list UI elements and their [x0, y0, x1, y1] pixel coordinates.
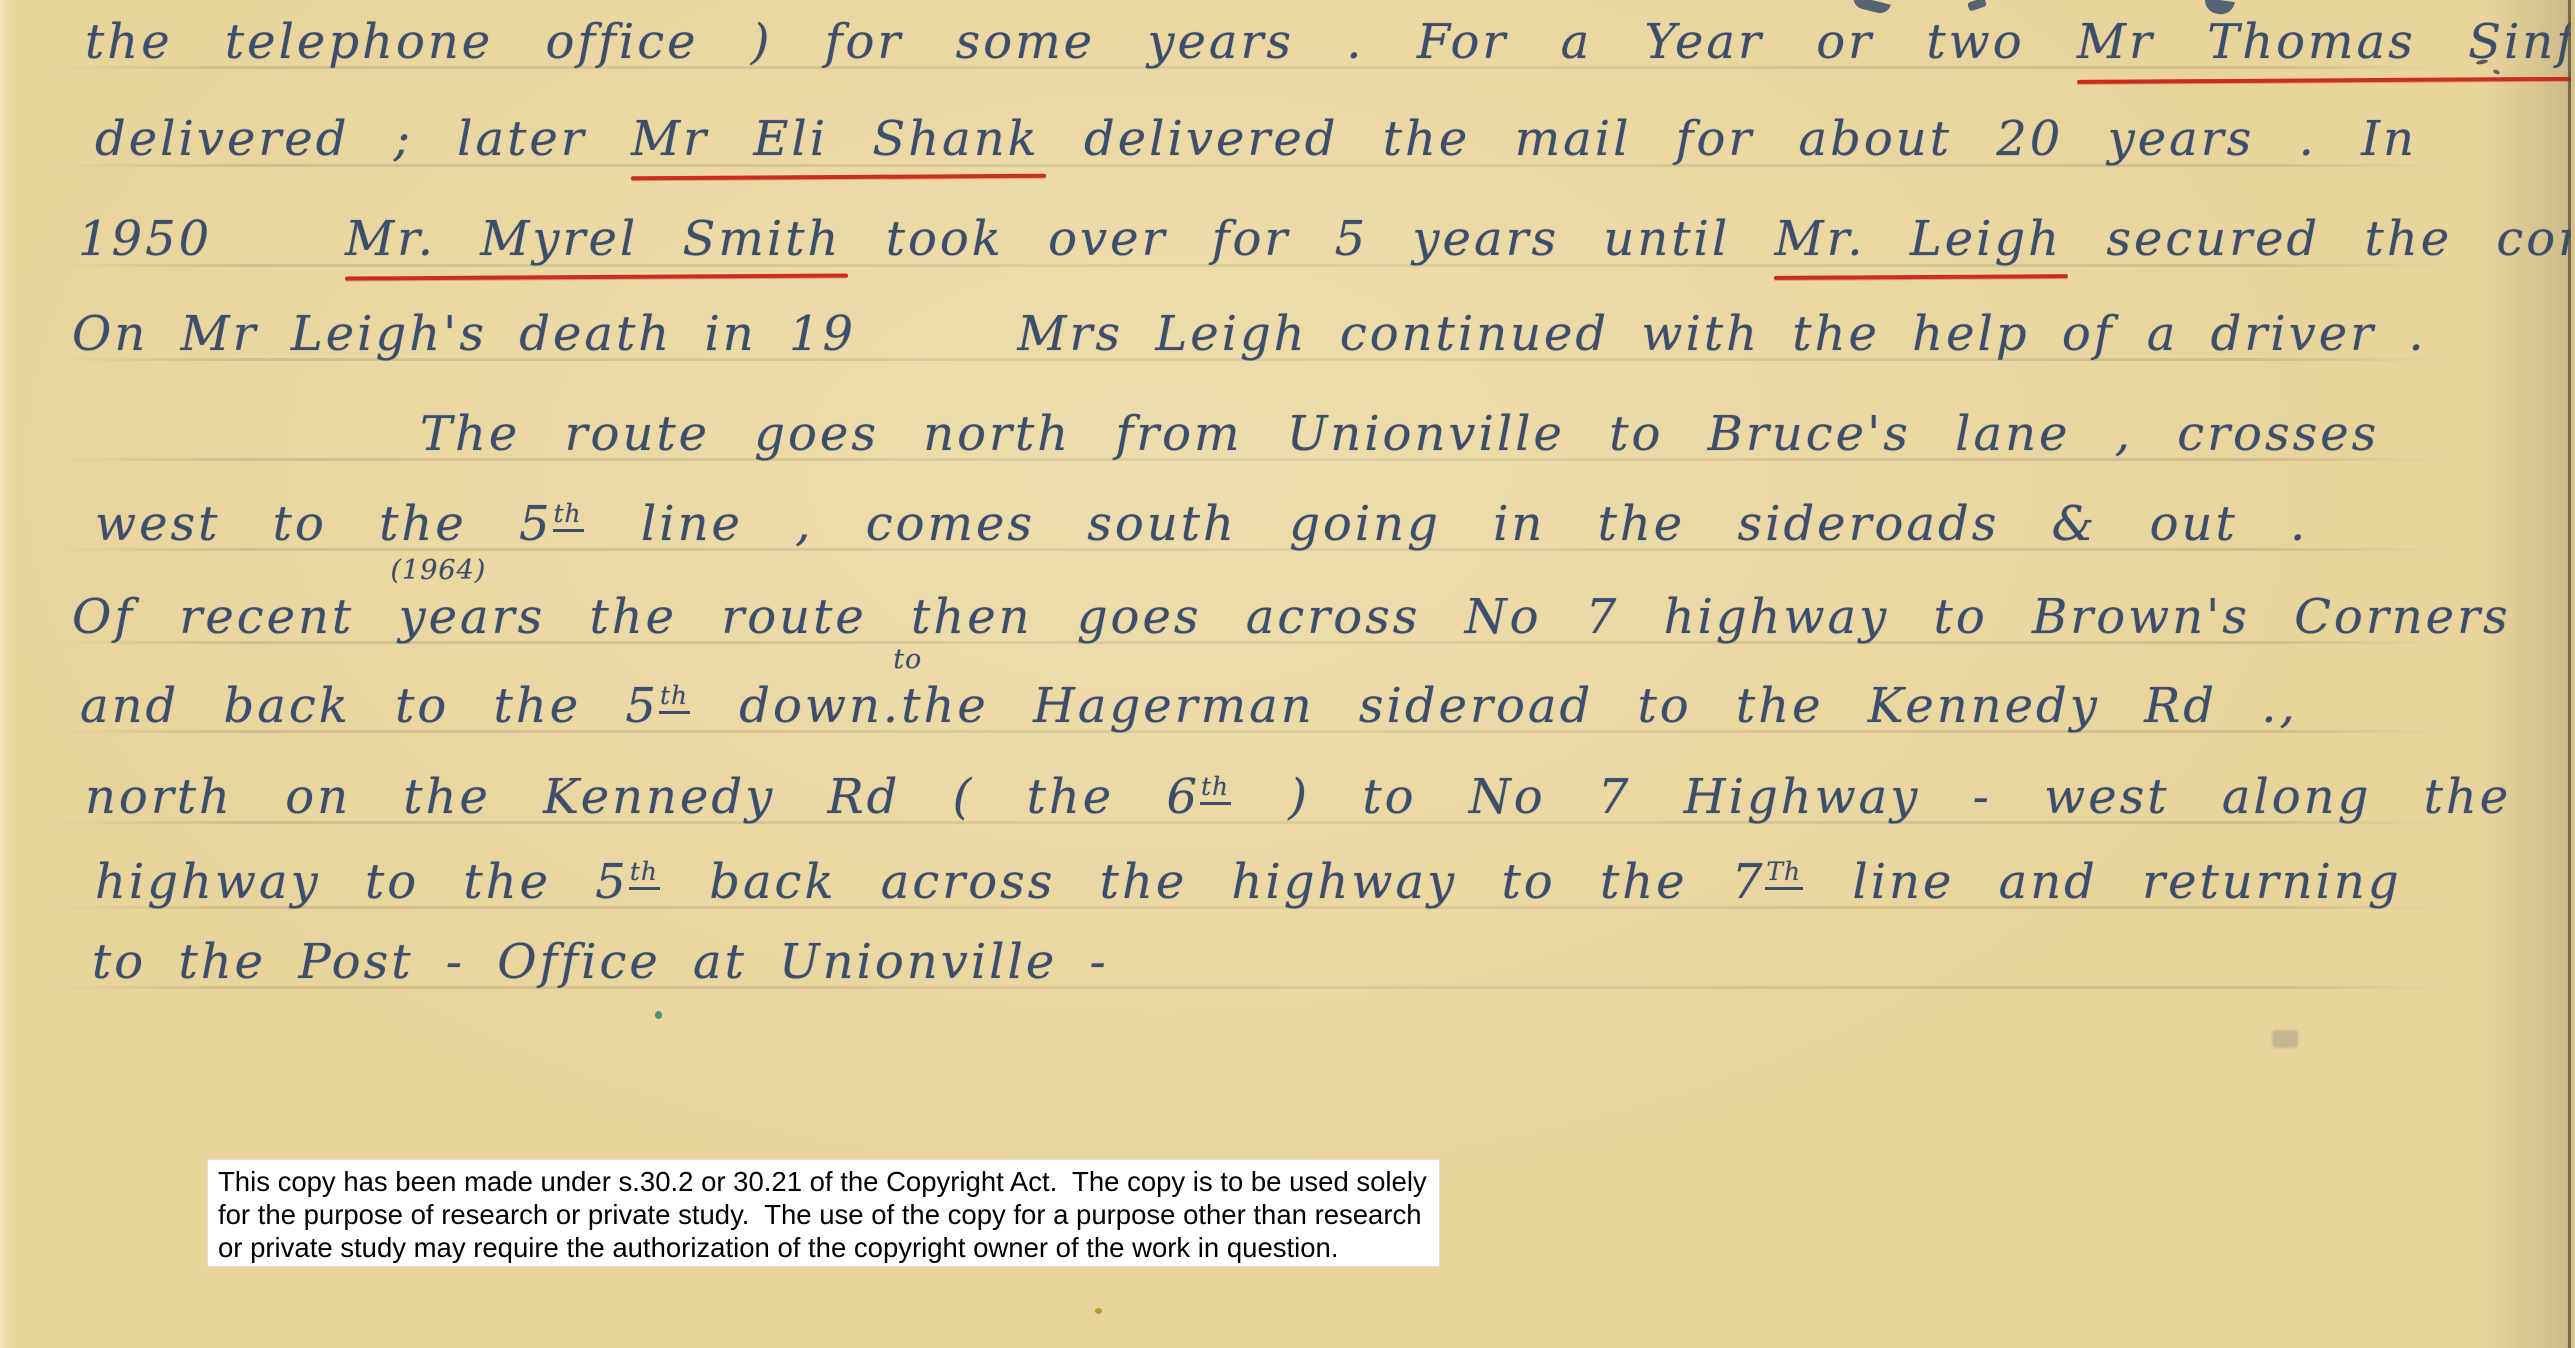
- handwriting-text: secured the contract.: [2062, 211, 2575, 267]
- handwriting-line: The route goes north from Unionville to …: [420, 406, 2379, 462]
- handwriting-line: north on the Kennedy Rd ( the 6th ) to N…: [85, 769, 2511, 825]
- superscript-ordinal: th: [629, 857, 660, 890]
- handwriting-text: line and returning: [1808, 854, 2401, 910]
- handwriting-text: down.: [695, 678, 901, 734]
- handwriting-text: back across the highway to the 7: [665, 854, 1765, 910]
- copyright-notice: This copy has been made under s.30.2 or …: [207, 1159, 1440, 1267]
- handwriting-line: highway to the 5th back across the highw…: [95, 854, 2402, 910]
- superscript-ordinal: th: [1200, 772, 1231, 805]
- handwriting-text: and back to the 5: [80, 678, 659, 734]
- handwriting-text: delivered ; later: [95, 111, 631, 167]
- handwriting-text: to the Post - Office at Unionville -: [92, 934, 1109, 990]
- handwriting-text: the route then goes across No 7 highway …: [545, 589, 2510, 645]
- handwriting-line: 1950 Mr. Myrel Smith took over for 5 yea…: [78, 211, 2575, 267]
- red-underlined-name: Mr Thomas Sinfield: [2077, 14, 2575, 70]
- superscript-ordinal: Th: [1765, 857, 1803, 890]
- inserted-above-text: to: [893, 644, 922, 675]
- handwriting-text: the telephone office ) for some years . …: [85, 14, 2077, 70]
- paper-edge-line: [2568, 0, 2571, 1348]
- paper-speck: [1095, 1308, 1102, 1314]
- handwriting-text: took over for 5 years until: [841, 211, 1774, 267]
- copyright-line: for the purpose of research or private s…: [218, 1198, 1429, 1231]
- red-underlined-name: Mr. Leigh: [1774, 211, 2062, 267]
- handwriting-line: delivered ; later Mr Eli Shank delivered…: [95, 111, 2417, 167]
- superscript-ordinal: th: [553, 499, 584, 532]
- handwriting-text: (1964)years: [398, 589, 545, 645]
- handwriting-line: On Mr Leigh's death in 19 Mrs Leigh cont…: [72, 306, 2427, 362]
- handwriting-text: tothe Hagerman sideroad to the Kennedy R…: [901, 678, 2298, 734]
- handwriting-line: to the Post - Office at Unionville -: [92, 934, 1109, 990]
- handwriting-text: ) to No 7 Highway - west along the: [1236, 769, 2511, 825]
- smudge: [2272, 1030, 2298, 1048]
- red-underlined-name: Mr. Myrel Smith: [345, 211, 842, 267]
- handwriting-line: Of recent (1964)years the route then goe…: [72, 589, 2511, 645]
- handwriting-line: and back to the 5th down.tothe Hagerman …: [80, 678, 2298, 734]
- handwriting-text: On Mr Leigh's death in 19 Mrs Leigh cont…: [72, 306, 2427, 362]
- superscript-ordinal: th: [659, 681, 690, 714]
- handwriting-text: The route goes north from Unionville to …: [420, 406, 2379, 462]
- cutoff-stroke: [1967, 0, 1987, 12]
- handwriting-text: north on the Kennedy Rd ( the 6: [85, 769, 1200, 825]
- handwriting-text: line , comes south going in the sideroad…: [589, 496, 2309, 552]
- inserted-above-text: (1964): [390, 555, 486, 586]
- red-underlined-name: Mr Eli Shank: [631, 111, 1040, 167]
- handwriting-text: highway to the 5: [95, 854, 629, 910]
- copyright-line: or private study may require the authori…: [218, 1231, 1429, 1264]
- handwriting-text: 1950: [78, 211, 345, 267]
- handwriting-line: the telephone office ) for some years . …: [85, 14, 2575, 70]
- handwriting-text: Of recent: [72, 589, 398, 645]
- scanned-page: the telephone office ) for some years . …: [0, 0, 2575, 1348]
- handwriting-line: west to the 5th line , comes south going…: [95, 496, 2308, 552]
- paper-edge: [2571, 0, 2575, 1348]
- handwriting-text: west to the 5: [95, 496, 553, 552]
- copyright-line: This copy has been made under s.30.2 or …: [218, 1165, 1429, 1198]
- handwriting-text: delivered the mail for about 20 years . …: [1040, 111, 2417, 167]
- ink-speck: [655, 1011, 662, 1019]
